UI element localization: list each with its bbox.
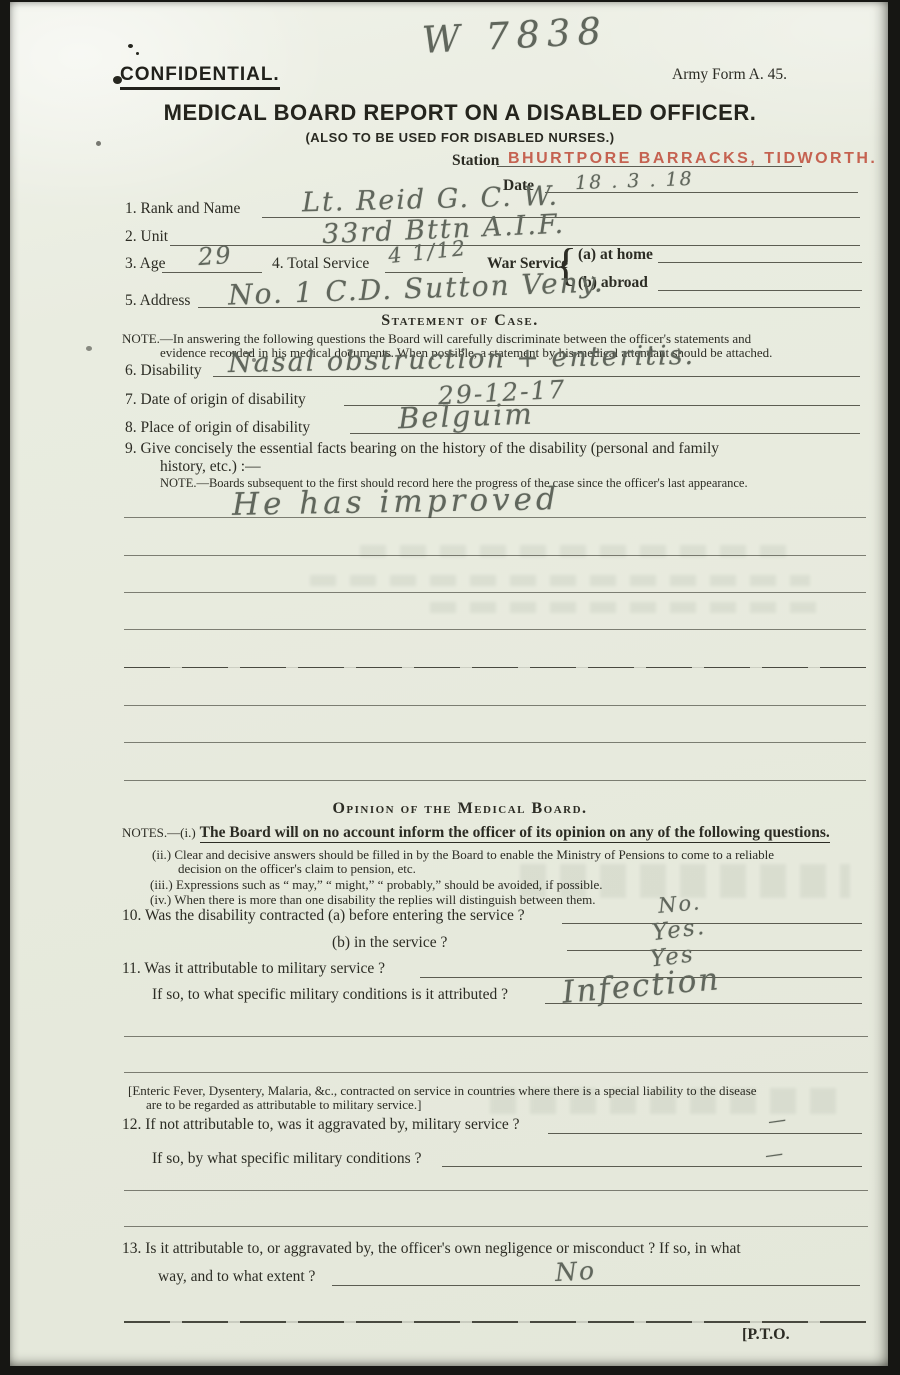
statement-of-case-heading: Statement of Case. <box>30 312 890 330</box>
opinion-note-iv: (iv.) When there is more than one disabi… <box>150 892 596 908</box>
opinion-note-iii: (iii.) Expressions such as “ may,” “ mig… <box>150 877 603 893</box>
punch-hole <box>86 346 92 351</box>
item12-pen-mark: — <box>767 1109 790 1133</box>
item9-line1: Give concisely the essential facts beari… <box>141 440 720 457</box>
item10-label: Was the disability contracted (a) before… <box>145 907 525 924</box>
item6-label: Disability <box>141 362 202 379</box>
station-stamp: BHURTPORE BARRACKS, TIDWORTH. <box>508 150 877 168</box>
item10-number: 10. <box>122 907 141 924</box>
item10b-value-handwritten: Yes. <box>651 914 708 946</box>
item1-label: Rank and Name <box>141 200 241 217</box>
bleed-through-smudge <box>310 575 810 586</box>
item13-value-handwritten: No <box>554 1256 596 1287</box>
war-service-a-label: (a) at home <box>578 246 653 264</box>
item11-label: Was it attributable to military service … <box>144 960 385 977</box>
ink-speck <box>136 52 139 55</box>
item7-label: Date of origin of disability <box>141 391 306 408</box>
item1-number: 1. <box>125 200 137 217</box>
item11b-label: If so, to what specific military conditi… <box>152 986 508 1004</box>
item13-line2: way, and to what extent ? <box>158 1268 315 1286</box>
item13-number: 13. <box>122 1240 141 1257</box>
date-value-handwritten: 18 . 3 . 18 <box>575 168 694 194</box>
item2-label: Unit <box>141 228 169 245</box>
item8-label: Place of origin of disability <box>141 419 311 436</box>
ink-speck <box>128 44 133 48</box>
item9-line2: history, etc.) :— <box>160 458 261 476</box>
form-title: MEDICAL BOARD REPORT ON A DISABLED OFFIC… <box>30 100 890 126</box>
item12b-pen-mark: — <box>764 1143 787 1167</box>
item9-number: 9. <box>125 440 137 457</box>
bracket-note-line2: are to be regarded as attributable to mi… <box>146 1097 421 1113</box>
bleed-through-smudge <box>430 602 830 613</box>
scanned-form-page: W 7838 CONFIDENTIAL. Army Form A. 45. ME… <box>10 2 888 1366</box>
item5-label: Address <box>140 292 191 309</box>
item6-number: 6. <box>125 362 137 379</box>
confidential-marking: CONFIDENTIAL. <box>120 64 280 90</box>
form-reference: Army Form A. 45. <box>672 66 787 84</box>
item4-number: 4. <box>272 255 284 272</box>
item12-number: 12. <box>122 1116 141 1133</box>
opinion-heading: Opinion of the Medical Board. <box>30 800 890 818</box>
handwritten-serial-number: W 7838 <box>421 9 609 62</box>
form-subtitle: (ALSO TO BE USED FOR DISABLED NURSES.) <box>30 130 890 145</box>
opinion-note-ii-line2: decision on the officer's claim to pensi… <box>178 861 416 877</box>
item12-label: If not attributable to, was it aggravate… <box>145 1116 519 1133</box>
opinion-notes-prefix: NOTES.—(i.) <box>122 825 196 840</box>
item10a-value-handwritten: No. <box>657 890 702 918</box>
item10b-label: (b) in the service ? <box>332 934 447 952</box>
item2-number: 2. <box>125 228 137 245</box>
item3-number: 3. <box>125 255 137 272</box>
item11-number: 11. <box>122 960 141 977</box>
item13-line1: Is it attributable to, or aggravated by,… <box>145 1240 741 1257</box>
item3-label: Age <box>140 255 166 272</box>
opinion-note-i: The Board will on no account inform the … <box>200 824 830 843</box>
item8-value-handwritten: Belguim <box>397 397 534 436</box>
item4-label: Total Service <box>287 255 369 272</box>
item8-number: 8. <box>125 419 137 436</box>
item5-number: 5. <box>125 292 137 309</box>
item3-value-handwritten: 29 <box>197 241 233 271</box>
item7-number: 7. <box>125 391 137 408</box>
item12b-label: If so, by what specific military conditi… <box>152 1150 421 1168</box>
pto-marking: [P.T.O. <box>742 1326 790 1344</box>
station-label: Station <box>452 152 499 170</box>
